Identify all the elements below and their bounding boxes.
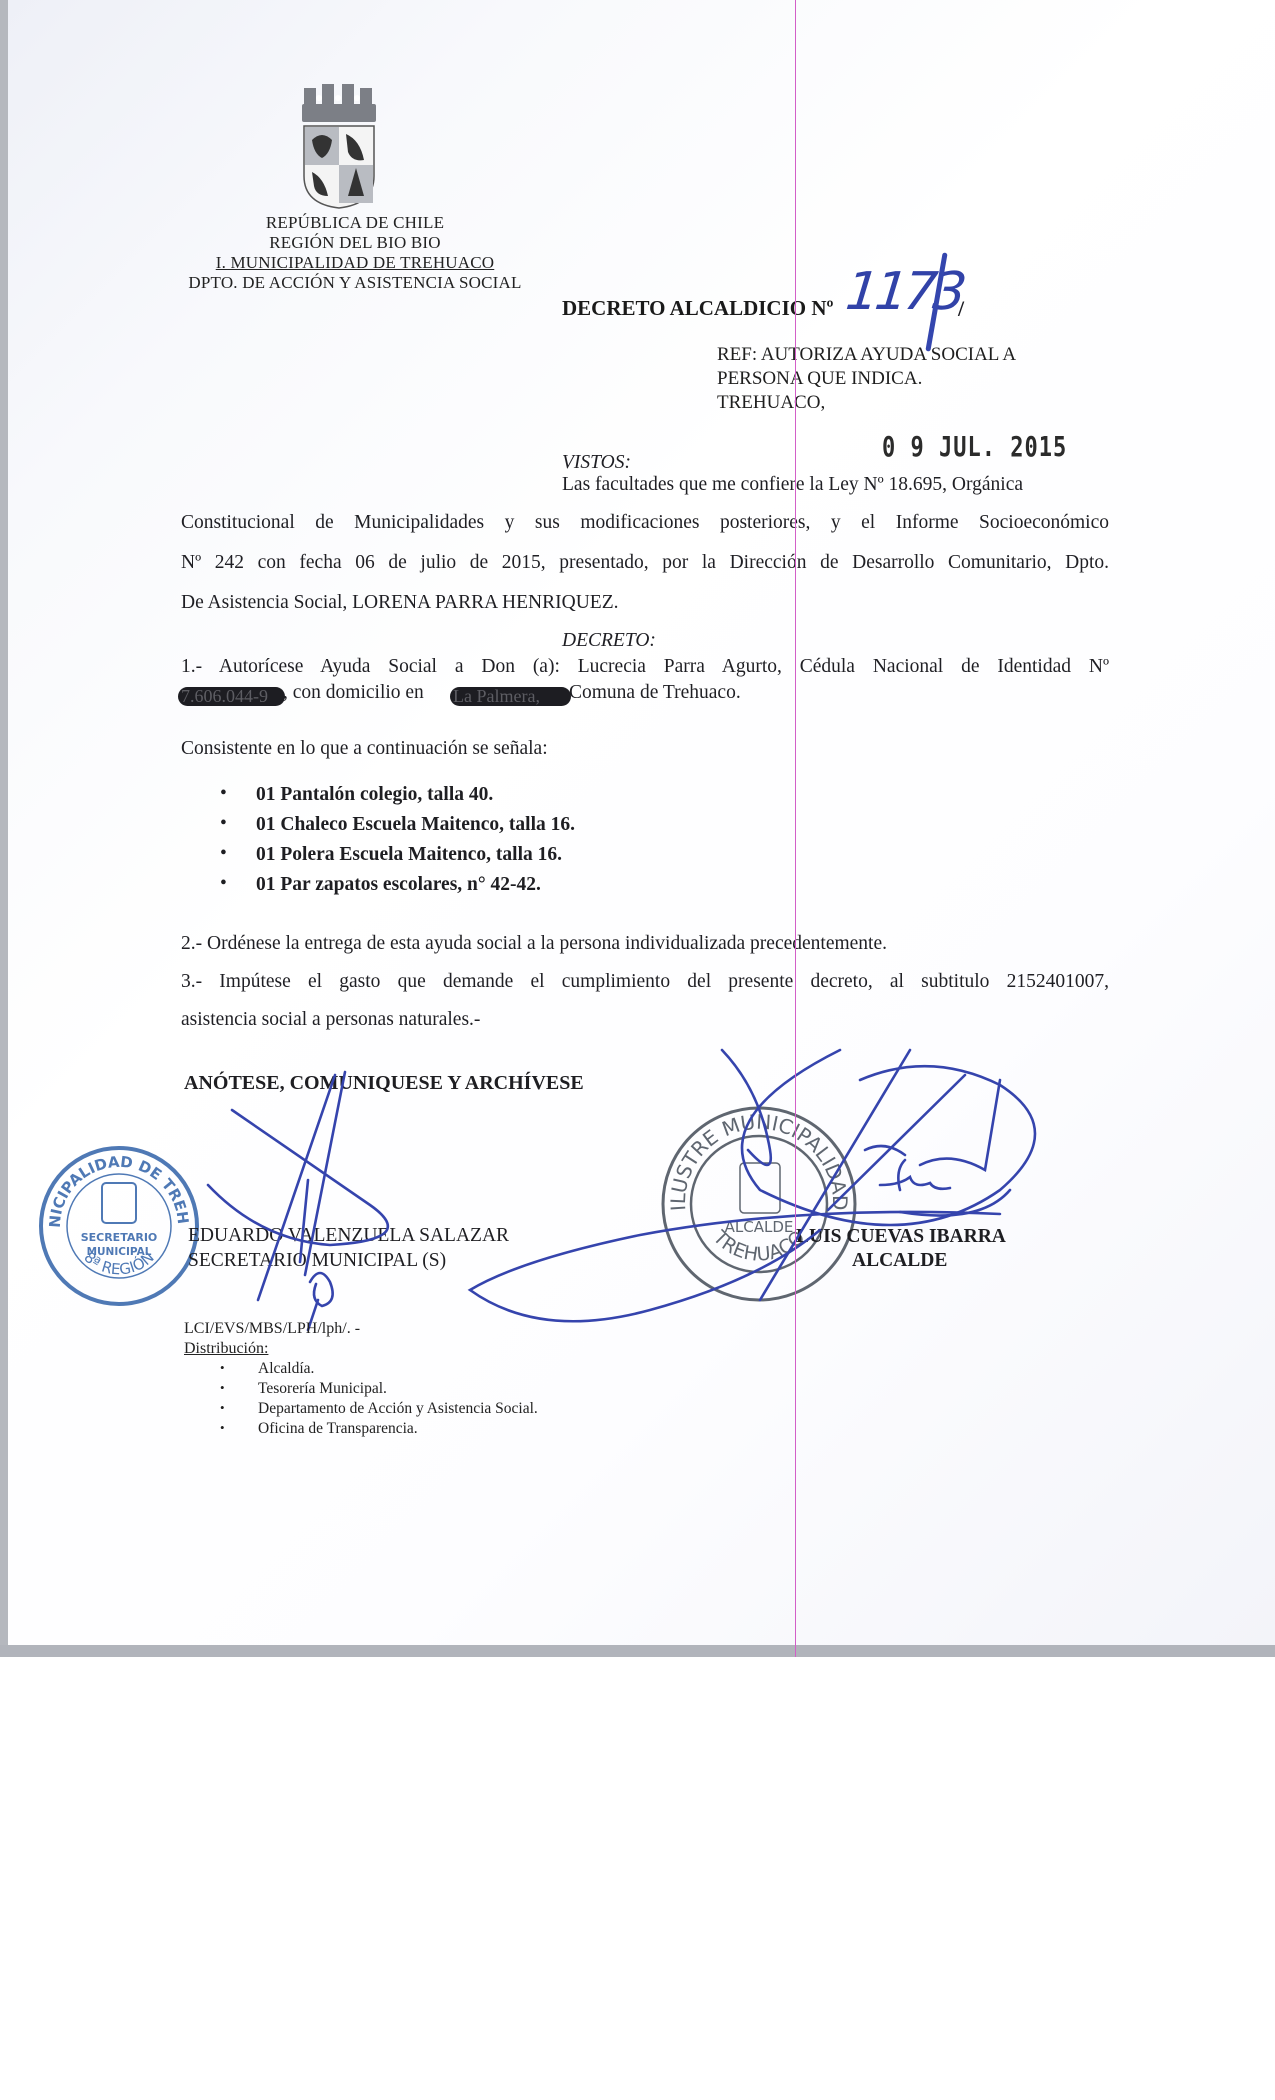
ref-line-1: REF: AUTORIZA AYUDA SOCIAL A xyxy=(717,344,1016,366)
decreto-heading: DECRETO: xyxy=(562,630,656,652)
distribution-label: Distribución: xyxy=(184,1340,268,1358)
scan-border-left xyxy=(0,0,8,1655)
vistos-line-4: De Asistencia Social, LORENA PARRA HENRI… xyxy=(181,592,618,614)
svg-text:I. MUNICIPALIDAD DE TREHUACO: I. MUNICIPALIDAD DE TREHUACO xyxy=(38,1145,192,1228)
redacted-address: La Palmera, pasaje 1, xyxy=(450,687,571,706)
secretary-name: EDUARDO VALENZUELA SALAZAR xyxy=(188,1225,509,1247)
consistente-text: Consistente en lo que a continuación se … xyxy=(181,738,548,760)
vistos-line-3: Nº 242 con fecha 06 de julio de 2015, pr… xyxy=(181,552,1109,574)
aid-items-list: 01 Pantalón colegio, talla 40. 01 Chalec… xyxy=(214,784,575,904)
aid-item: 01 Polera Escuela Maitenco, talla 16. xyxy=(214,844,575,874)
mayor-seal-icon: ILUSTRE MUNICIPALIDAD TREHUACO ALCALDE xyxy=(660,1105,858,1303)
decreto-item-1-commune: Comuna de Trehuaco. xyxy=(569,682,741,704)
svg-text:SECRETARIO: SECRETARIO xyxy=(81,1231,158,1244)
scan-border-bottom xyxy=(0,1645,1275,1657)
vistos-line-1: Las facultades que me confiere la Ley Nº… xyxy=(562,474,1023,496)
svg-text:ALCALDE: ALCALDE xyxy=(725,1218,794,1236)
aid-item: 01 Par zapatos escolares, n° 42-42. xyxy=(214,874,575,904)
decree-title: DECRETO ALCALDICIO Nº xyxy=(562,296,833,321)
decree-slash: / xyxy=(958,296,964,322)
decreto-item-1-domicile-label: , con domicilio en xyxy=(283,682,424,704)
distribution-list: Alcaldía. Tesorería Municipal. Departame… xyxy=(216,1360,538,1440)
svg-text:ILUSTRE MUNICIPALIDAD: ILUSTRE MUNICIPALIDAD xyxy=(666,1110,852,1212)
mayor-role: ALCALDE xyxy=(852,1250,947,1272)
secretary-role: SECRETARIO MUNICIPAL (S) xyxy=(188,1250,446,1272)
decreto-item-2: 2.- Ordénese la entrega de esta ayuda so… xyxy=(181,933,887,955)
distribution-item: Alcaldía. xyxy=(216,1360,538,1380)
header-republic: REPÚBLICA DE CHILE xyxy=(160,213,550,233)
header-department: DPTO. DE ACCIÓN Y ASISTENCIA SOCIAL xyxy=(160,273,550,293)
distribution-item: Oficina de Transparencia. xyxy=(216,1420,538,1440)
svg-text:MUNICIPAL: MUNICIPAL xyxy=(87,1246,152,1258)
decreto-item-3-line-1: 3.- Impútese el gasto que demande el cum… xyxy=(181,971,1109,993)
secretary-seal-icon: I. MUNICIPALIDAD DE TREHUACO 8ª REGIÓN S… xyxy=(38,1145,200,1307)
header-region: REGIÓN DEL BIO BIO xyxy=(160,233,550,253)
mayor-name: LUIS CUEVAS IBARRA xyxy=(796,1226,1006,1248)
distribution-item: Tesorería Municipal. xyxy=(216,1380,538,1400)
ref-line-3: TREHUACO, xyxy=(717,392,825,414)
aid-item: 01 Pantalón colegio, talla 40. xyxy=(214,784,575,814)
reference-code: LCI/EVS/MBS/LPH/lph/. - xyxy=(184,1320,360,1338)
vistos-heading: VISTOS: xyxy=(562,452,631,474)
ref-line-2: PERSONA QUE INDICA. xyxy=(717,368,922,390)
redacted-id-number: 7.606.044-9 xyxy=(178,687,285,706)
closing-formula: ANÓTESE, COMUNIQUESE Y ARCHÍVESE xyxy=(184,1072,584,1095)
aid-item: 01 Chaleco Escuela Maitenco, talla 16. xyxy=(214,814,575,844)
vistos-line-2: Constitucional de Municipalidades y sus … xyxy=(181,512,1109,534)
date-stamp: 0 9 JUL. 2015 xyxy=(882,432,1067,463)
municipal-crest-icon xyxy=(298,84,380,210)
decreto-item-3-line-2: asistencia social a personas naturales.- xyxy=(181,1009,480,1031)
scan-guide-line xyxy=(795,0,796,1657)
handwritten-decree-number: 1173 xyxy=(843,262,966,322)
distribution-item: Departamento de Acción y Asistencia Soci… xyxy=(216,1400,538,1420)
header-municipality: I. MUNICIPALIDAD DE TREHUACO xyxy=(160,253,550,273)
decreto-item-1-line-1: 1.- Autorícese Ayuda Social a Don (a): L… xyxy=(181,656,1109,678)
